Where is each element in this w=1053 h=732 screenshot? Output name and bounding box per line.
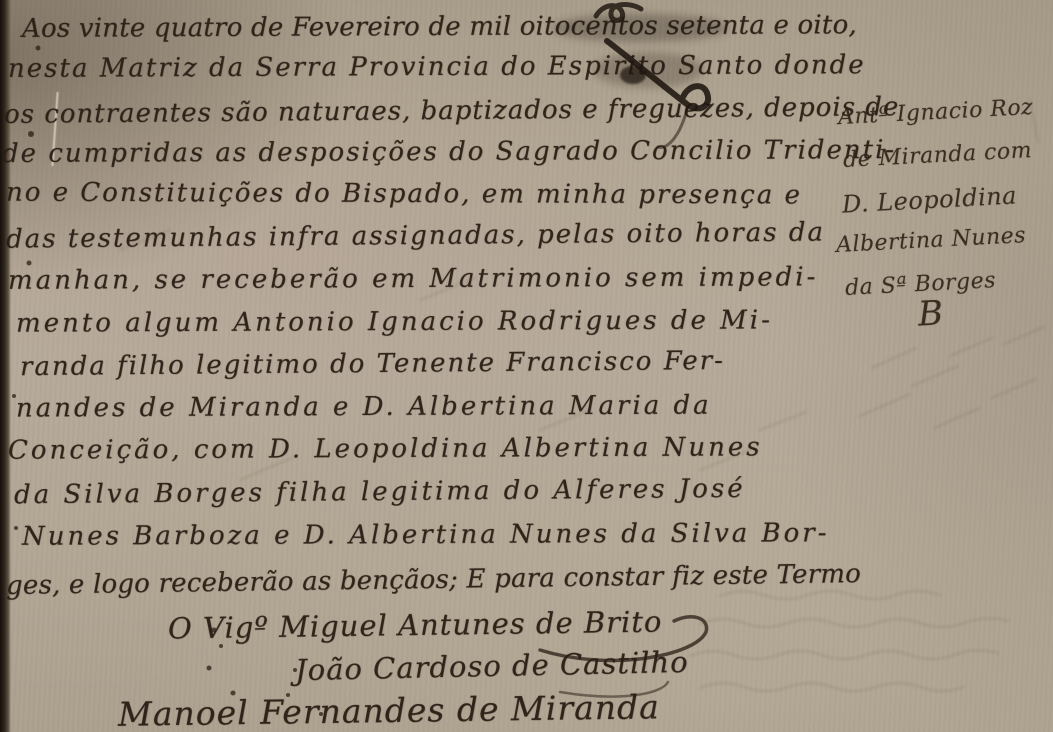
- manuscript-line: randa filho legitimo do Tenente Francisc…: [20, 346, 725, 382]
- manuscript-line: das testemunhas infra assignadas, pelas …: [6, 217, 825, 254]
- manuscript-line: mento algum Antonio Ignacio Rodrigues de…: [16, 305, 773, 338]
- manuscript-line: nesta Matriz da Serra Provincia do Espir…: [8, 50, 866, 84]
- witness-signature: Manoel Fernandes de Miranda: [118, 687, 660, 732]
- manuscript-scan: Aos vinte quatro de Fevereiro de mil oit…: [0, 0, 1053, 732]
- manuscript-line: da Silva Borges filha legitima do Alfere…: [14, 474, 746, 510]
- manuscript-line: Conceição, com D. Leopoldina Albertina N…: [8, 432, 763, 465]
- manuscript-line: Nunes Barboza e D. Albertina Nunes da Si…: [22, 518, 830, 552]
- margin-note: D. Leopoldina: [841, 181, 1017, 218]
- manuscript-line: manhan, se receberão em Matrimonio sem i…: [8, 262, 818, 296]
- priest-signature: O Vigº Miguel Antunes de Brito: [168, 605, 663, 646]
- manuscript-line: os contraentes são naturaes, baptizados …: [4, 92, 900, 130]
- manuscript-line: nandes de Miranda e D. Albertina Maria d…: [16, 390, 712, 423]
- manuscript-line: Aos vinte quatro de Fevereiro de mil oit…: [22, 10, 857, 44]
- witness-signature: João Cardoso de Castilho: [295, 645, 689, 687]
- manuscript-line: no e Constituições do Bispado, em minha …: [6, 178, 802, 211]
- margin-initial: B: [917, 293, 945, 334]
- margin-note: Albertina Nunes: [835, 223, 1026, 258]
- manuscript-line: ges, e logo receberão as bençãos; E para…: [6, 559, 861, 601]
- manuscript-line: de cumpridas as desposições do Sagrado C…: [2, 135, 896, 169]
